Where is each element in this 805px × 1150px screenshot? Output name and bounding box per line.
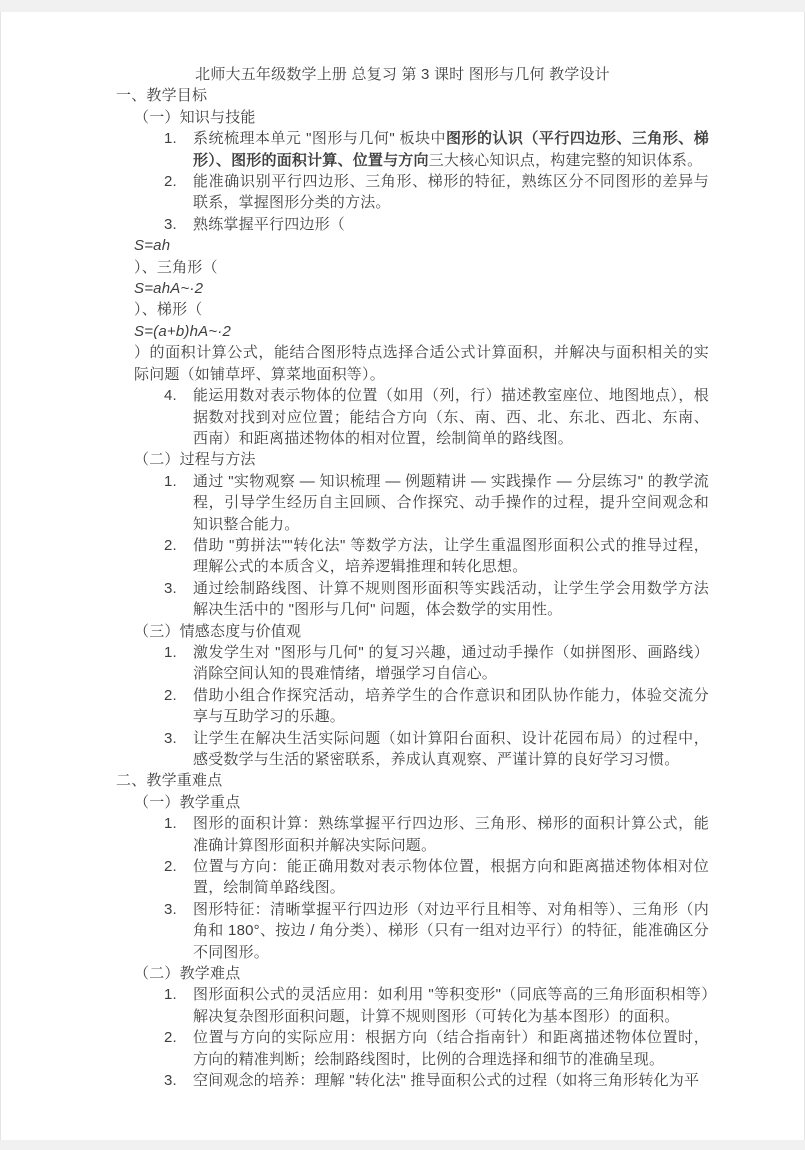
list-item: 3. 通过绘制路线图、计算不规则图形面积等实践活动，让学生学会用数学方法解决生活…: [1, 578, 709, 621]
list-item: 2. 借助小组合作探究活动，培养学生的合作意识和团队协作能力，体验交流分享与互助…: [1, 685, 709, 728]
item-number: 1.: [164, 128, 193, 171]
item-text: 能准确识别平行四边形、三角形、梯形的特征，熟练区分不同图形的差异与联系，掌握图形…: [193, 171, 709, 214]
item-number: 4.: [164, 385, 193, 449]
item-number: 3.: [164, 578, 193, 621]
list-item: 3. 空间观念的培养：理解 "转化法" 推导面积公式的过程（如将三角形转化为平: [1, 1070, 709, 1091]
list-item: 3. 熟练掌握平行四边形（: [1, 214, 709, 235]
item-text: 熟练掌握平行四边形（: [193, 214, 709, 235]
item-text: 通过绘制路线图、计算不规则图形面积等实践活动，让学生学会用数学方法解决生活中的 …: [193, 578, 709, 621]
item-number: 3.: [164, 1070, 193, 1091]
item-number: 3.: [164, 728, 193, 771]
item-text: 系统梳理本单元 "图形与几何" 板块中图形的认识（平行四边形、三角形、梯形）、图…: [193, 128, 709, 171]
list-item: 2. 位置与方向的实际应用：根据方向（结合指南针）和距离描述物体位置时，方向的精…: [1, 1027, 709, 1070]
item-number: 2.: [164, 1027, 193, 1070]
list-item: 2. 能准确识别平行四边形、三角形、梯形的特征，熟练区分不同图形的差异与联系，掌…: [1, 171, 709, 214]
joiner-line: ）、三角形（: [1, 257, 709, 278]
list-item: 1. 图形面积公式的灵活应用：如利用 "等积变形"（同底等高的三角形面积相等）解…: [1, 984, 709, 1027]
item-number: 1.: [164, 471, 193, 535]
list-item: 2. 位置与方向：能正确用数对表示物体位置，根据方向和距离描述物体相对位置，绘制…: [1, 856, 709, 899]
item-text: 能运用数对表示物体的位置（如用（列，行）描述教室座位、地图地点），根据数对找到对…: [193, 385, 709, 449]
item-text: 位置与方向：能正确用数对表示物体位置，根据方向和距离描述物体相对位置，绘制简单路…: [193, 856, 709, 899]
item-text: 位置与方向的实际应用：根据方向（结合指南针）和距离描述物体位置时，方向的精准判断…: [193, 1027, 709, 1070]
item-number: 1.: [164, 642, 193, 685]
item-text: 借助小组合作探究活动，培养学生的合作意识和团队协作能力，体验交流分享与互助学习的…: [193, 685, 709, 728]
list-item: 2. 借助 "剪拼法""转化法" 等数学方法，让学生重温图形面积公式的推导过程，…: [1, 535, 709, 578]
item-number: 1.: [164, 984, 193, 1027]
item-number: 2.: [164, 685, 193, 728]
item-text: 图形的面积计算：熟练掌握平行四边形、三角形、梯形的面积计算公式，能准确计算图形面…: [193, 813, 709, 856]
item-text: 让学生在解决生活实际问题（如计算阳台面积、设计花园布局）的过程中，感受数学与生活…: [193, 728, 709, 771]
formula-line: S=ah: [1, 235, 709, 256]
item-number: 3.: [164, 214, 193, 235]
list-item: 1. 系统梳理本单元 "图形与几何" 板块中图形的认识（平行四边形、三角形、梯形…: [1, 128, 709, 171]
item-text-plain: 三大核心知识点，构建完整的知识体系。: [429, 152, 703, 169]
item-number: 2.: [164, 171, 193, 214]
list-item: 3. 图形特征：清晰掌握平行四边形（对边平行且相等、对角相等）、三角形（内角和 …: [1, 899, 709, 963]
item-number: 2.: [164, 535, 193, 578]
item-text: 图形特征：清晰掌握平行四边形（对边平行且相等、对角相等）、三角形（内角和 180…: [193, 899, 709, 963]
section-heading-goals: 一、教学目标: [1, 85, 709, 106]
item-text: 通过 "实物观察 — 知识梳理 — 例题精讲 — 实践操作 — 分层练习" 的教…: [193, 471, 709, 535]
item-number: 3.: [164, 899, 193, 963]
subsection-heading-focus: （一）教学重点: [1, 792, 709, 813]
subsection-heading-process: （二）过程与方法: [1, 449, 709, 470]
item-number: 2.: [164, 856, 193, 899]
joiner-line: ）、梯形（: [1, 299, 709, 320]
item-text: 借助 "剪拼法""转化法" 等数学方法，让学生重温图形面积公式的推导过程，理解公…: [193, 535, 709, 578]
item-text: 空间观念的培养：理解 "转化法" 推导面积公式的过程（如将三角形转化为平: [193, 1070, 709, 1091]
subsection-heading-emotion: （三）情感态度与价值观: [1, 621, 709, 642]
section-heading-key-points: 二、教学重难点: [1, 770, 709, 791]
document-canvas: 北师大五年级数学上册 总复习 第 3 课时 图形与几何 教学设计 一、教学目标 …: [0, 0, 805, 1150]
item-text: 图形面积公式的灵活应用：如利用 "等积变形"（同底等高的三角形面积相等）解决复杂…: [193, 984, 709, 1027]
subsection-heading-knowledge: （一）知识与技能: [1, 107, 709, 128]
subsection-heading-difficulty: （二）教学难点: [1, 963, 709, 984]
list-item: 1. 激发学生对 "图形与几何" 的复习兴趣，通过动手操作（如拼图形、画路线）消…: [1, 642, 709, 685]
formula-line: S=(a+b)hA~·2: [1, 321, 709, 342]
document-title: 北师大五年级数学上册 总复习 第 3 课时 图形与几何 教学设计: [1, 64, 709, 85]
list-item: 4. 能运用数对表示物体的位置（如用（列，行）描述教室座位、地图地点），根据数对…: [1, 385, 709, 449]
list-item: 3. 让学生在解决生活实际问题（如计算阳台面积、设计花园布局）的过程中，感受数学…: [1, 728, 709, 771]
list-item: 1. 通过 "实物观察 — 知识梳理 — 例题精讲 — 实践操作 — 分层练习"…: [1, 471, 709, 535]
formula-line: S=ahA~·2: [1, 278, 709, 299]
wrap-paragraph: ）的面积计算公式，能结合图形特点选择合适公式计算面积，并解决与面积相关的实际问题…: [1, 342, 709, 385]
item-number: 1.: [164, 813, 193, 856]
list-item: 1. 图形的面积计算：熟练掌握平行四边形、三角形、梯形的面积计算公式，能准确计算…: [1, 813, 709, 856]
item-text-plain: 系统梳理本单元 "图形与几何" 板块中: [193, 130, 446, 147]
item-text: 激发学生对 "图形与几何" 的复习兴趣，通过动手操作（如拼图形、画路线）消除空间…: [193, 642, 709, 685]
document-page: 北师大五年级数学上册 总复习 第 3 课时 图形与几何 教学设计 一、教学目标 …: [0, 12, 805, 1140]
